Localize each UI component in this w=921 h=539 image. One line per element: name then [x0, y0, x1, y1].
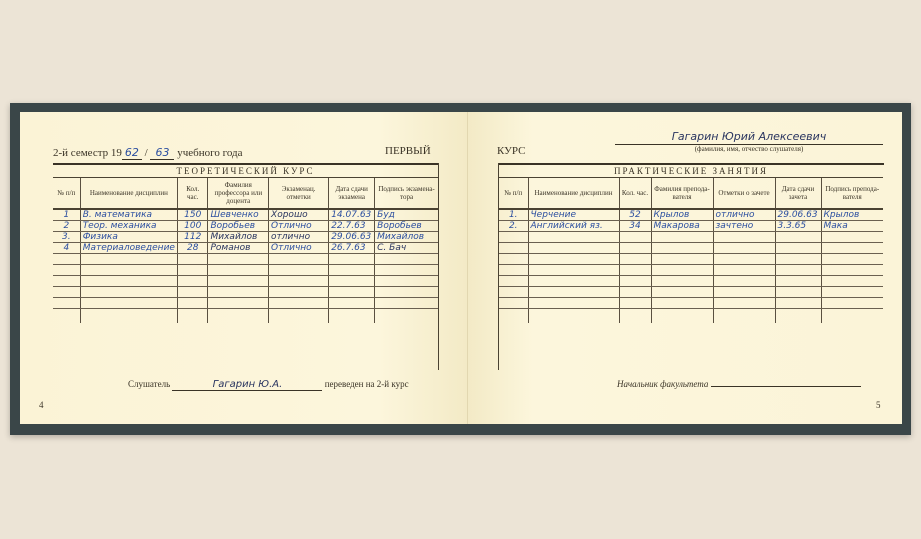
row-num: 3. [53, 232, 80, 243]
row-hours: 150 [177, 209, 208, 221]
table-row: 2 Теор. механика 100 Воробьев Отлично 22… [53, 221, 438, 232]
row-num: 2. [499, 221, 528, 232]
table-row: 2. Английский яз. 34 Макарова зачтено 3.… [499, 221, 883, 232]
empty-row [53, 265, 438, 276]
row-date: 3.3.65 [775, 221, 821, 232]
year-end: 63 [150, 146, 174, 160]
practical-classes-table: ПРАКТИЧЕСКИЕ ЗАНЯТИЯ № п/п Наименование … [499, 165, 883, 323]
row-date: 29.06.63 [329, 232, 375, 243]
student-full-name: Гагарин Юрий Алексеевич [615, 130, 883, 145]
col-header-hours: Кол. час. [619, 177, 651, 209]
empty-row [53, 309, 438, 323]
row-discipline: В. математика [80, 209, 177, 221]
table-row: 1 В. математика 150 Шевченко Хорошо 14.0… [53, 209, 438, 221]
row-grade: отлично [713, 209, 775, 221]
row-grade: зачтено [713, 221, 775, 232]
row-num: 1 [53, 209, 80, 221]
row-teacher: Романов [208, 243, 269, 254]
row-signature: Михайлов [375, 232, 438, 243]
row-hours: 34 [619, 221, 651, 232]
row-hours: 28 [177, 243, 208, 254]
col-header-date: Дата сдачи зачета [775, 177, 821, 209]
empty-row [53, 287, 438, 298]
table-row: 1. Черчение 52 Крылов отлично 29.06.63 К… [499, 209, 883, 221]
dean-line: Начальник факультета [617, 379, 861, 389]
row-grade: Отлично [269, 221, 329, 232]
empty-row [499, 309, 883, 323]
row-discipline: Физика [80, 232, 177, 243]
empty-row [499, 265, 883, 276]
transfer-label: переведен на 2-й курс [325, 379, 409, 389]
row-signature: Крылов [821, 209, 883, 221]
row-discipline: Материаловедение [80, 243, 177, 254]
col-header-grade: Отметки о зачете [713, 177, 775, 209]
student-name-caption: (фамилия, имя, отчество слушателя) [615, 145, 883, 153]
section-title-practical: ПРАКТИЧЕСКИЕ ЗАНЯТИЯ [499, 165, 883, 177]
row-signature: Воробьев [375, 221, 438, 232]
student-transfer-line: Слушатель Гагарин Ю.А. переведен на 2-й … [128, 379, 409, 391]
row-hours: 112 [177, 232, 208, 243]
empty-row [499, 276, 883, 287]
row-date: 26.7.63 [329, 243, 375, 254]
empty-row [53, 298, 438, 309]
row-grade: Хорошо [269, 209, 329, 221]
section-title-theory: ТЕОРЕТИЧЕСКИЙ КУРС [53, 165, 438, 177]
row-teacher: Шевченко [208, 209, 269, 221]
row-teacher: Воробьев [208, 221, 269, 232]
col-header-num: № п/п [53, 177, 80, 209]
row-num: 4 [53, 243, 80, 254]
row-signature: С. Бач [375, 243, 438, 254]
row-signature: Буд [375, 209, 438, 221]
student-label: Слушатель [128, 379, 170, 389]
row-grade: отлично [269, 232, 329, 243]
row-num: 1. [499, 209, 528, 221]
col-header-grade: Экзаменац. отметки [269, 177, 329, 209]
row-teacher: Макарова [651, 221, 713, 232]
col-header-num: № п/п [499, 177, 528, 209]
empty-row [499, 232, 883, 243]
row-date: 29.06.63 [775, 209, 821, 221]
table-row: 3. Физика 112 Михайлов отлично 29.06.63 … [53, 232, 438, 243]
academic-year-label: учебного года [177, 147, 242, 159]
empty-row [499, 287, 883, 298]
page-number-left: 4 [39, 400, 44, 410]
row-num: 2 [53, 221, 80, 232]
row-date: 14.07.63 [329, 209, 375, 221]
row-discipline: Черчение [528, 209, 619, 221]
col-header-date: Дата сдачи экзамена [329, 177, 375, 209]
empty-row [53, 276, 438, 287]
row-teacher: Михайлов [208, 232, 269, 243]
col-header-teacher: Фамилия профессора или доцента [208, 177, 269, 209]
empty-row [499, 254, 883, 265]
row-grade: Отлично [269, 243, 329, 254]
course-word-first: ПЕРВЫЙ [385, 145, 431, 157]
table-row: 4 Материаловедение 28 Романов Отлично 26… [53, 243, 438, 254]
row-discipline: Английский яз. [528, 221, 619, 232]
row-date: 22.7.63 [329, 221, 375, 232]
empty-row [499, 243, 883, 254]
row-signature: Мака [821, 221, 883, 232]
semester-label: 2-й семестр 19 [53, 147, 122, 159]
col-header-hours: Кол. час. [177, 177, 208, 209]
col-header-teacher: Фамилия препода-вателя [651, 177, 713, 209]
col-header-discipline: Наименование дисциплин [80, 177, 177, 209]
year-start: 62 [122, 146, 142, 160]
row-hours: 52 [619, 209, 651, 221]
col-header-discipline: Наименование дисциплин [528, 177, 619, 209]
left-table-right-border [438, 163, 439, 370]
row-teacher: Крылов [651, 209, 713, 221]
theory-course-table: ТЕОРЕТИЧЕСКИЙ КУРС № п/п Наименование ди… [53, 165, 438, 323]
course-word: КУРС [497, 145, 526, 157]
row-discipline: Теор. механика [80, 221, 177, 232]
year-separator: / [145, 147, 148, 159]
student-name-block: Гагарин Юрий Алексеевич (фамилия, имя, о… [615, 130, 883, 153]
row-hours: 100 [177, 221, 208, 232]
page-number-right: 5 [876, 400, 881, 410]
empty-row [53, 254, 438, 265]
dean-signature-line [711, 386, 861, 387]
empty-row [499, 298, 883, 309]
col-header-signature: Подпись препода-вателя [821, 177, 883, 209]
semester-line: 2-й семестр 1962 / 63 учебного года [53, 146, 243, 160]
dean-label: Начальник факультета [617, 379, 708, 389]
student-signature: Гагарин Ю.А. [172, 379, 322, 391]
col-header-signature: Подпись экзамена-тора [375, 177, 438, 209]
